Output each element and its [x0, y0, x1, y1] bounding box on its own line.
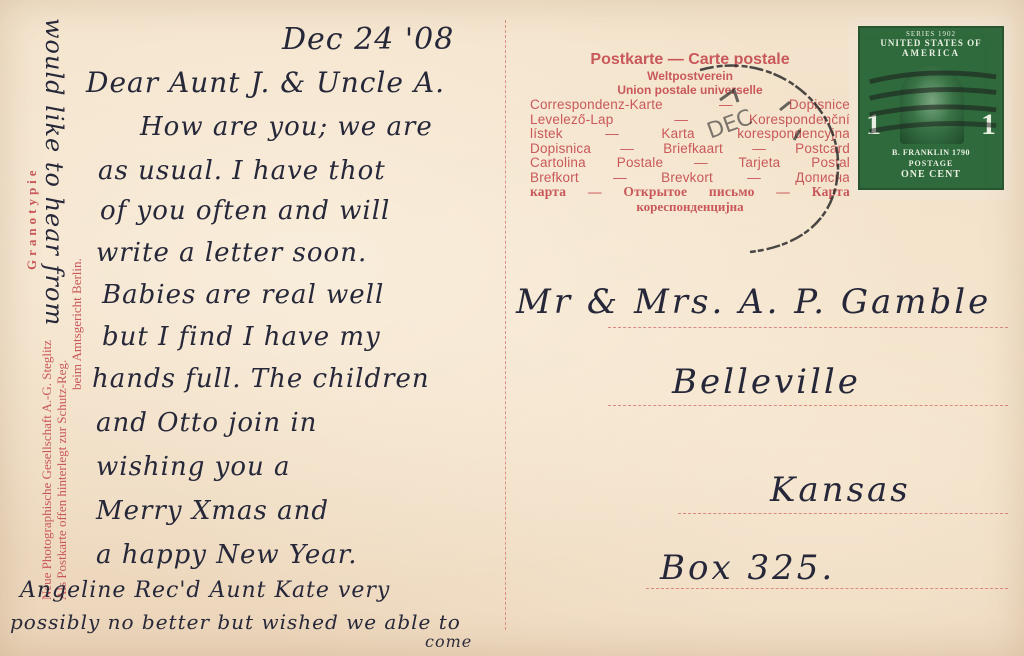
address-rule: [646, 588, 1008, 589]
postcard-header: Postkarte — Carte postale Weltpostverein…: [530, 52, 850, 213]
message-footer-line: possibly no better but wished we able to: [10, 610, 461, 634]
header-title: Postkarte — Carte postale: [530, 52, 850, 68]
header-line: Cartolina Postale — Tarjeta Postal: [530, 156, 850, 170]
center-divider-line: [505, 20, 506, 630]
message-line: of you often and will: [100, 196, 390, 226]
header-line: Brefkort — Brevkort — Дописна: [530, 171, 850, 185]
stamp-face: SERIES 1902 UNITED STATES OF AMERICA 1 1…: [858, 26, 1004, 190]
header-line: карта — Открытое письмо — Карта: [530, 185, 850, 199]
stamp-series: SERIES 1902: [860, 28, 1002, 38]
header-sub-1: Weltpostverein: [530, 70, 850, 82]
postage-stamp: SERIES 1902 UNITED STATES OF AMERICA 1 1…: [852, 20, 1010, 196]
publisher-line-3: beim Amtsgericht Berlin.: [69, 40, 84, 600]
stamp-denomination-left: 1: [866, 108, 881, 142]
message-line: Merry Xmas and: [96, 496, 329, 526]
header-line: Levelező-Lap — Korespondenční: [530, 113, 850, 127]
stamp-denomination-right: 1: [981, 108, 996, 142]
address-city: Belleville: [672, 362, 861, 402]
address-rule: [608, 405, 1008, 406]
header-line: Dopisnica — Briefkaart — Postcard: [530, 142, 850, 156]
header-line: Correspondenz-Karte — Dopisnice: [530, 98, 850, 112]
stamp-america: AMERICA: [860, 48, 1002, 58]
message-line: Babies are real well: [102, 280, 384, 310]
margin-note: would like to hear from: [40, 18, 68, 326]
header-line: lístek — Karta korespondencyjna: [530, 127, 850, 141]
message-line: as usual. I have thot: [98, 156, 386, 186]
message-line: but I find I have my: [102, 322, 381, 352]
stamp-name: B. FRANKLIN 1790: [860, 148, 1002, 157]
message-salutation: Dear Aunt J. & Uncle A.: [86, 66, 445, 99]
address-box: Box 325.: [660, 548, 835, 588]
message-line: hands full. The children: [92, 364, 430, 394]
message-line: How are you; we are: [140, 112, 433, 142]
address-state: Kansas: [770, 470, 911, 510]
message-line: wishing you a: [96, 452, 290, 482]
stamp-postage: POSTAGE: [860, 159, 1002, 168]
header-sub-2: Union postale universelle: [530, 84, 850, 96]
message-date: Dec 24 '08: [282, 22, 454, 57]
stamp-value: ONE CENT: [860, 169, 1002, 180]
address-name: Mr & Mrs. A. P. Gamble: [516, 282, 991, 322]
publisher-brand: Granotypie: [24, 40, 39, 600]
message-line: a happy New Year.: [96, 540, 358, 570]
message-footer-line: come: [425, 632, 472, 651]
message-line: write a letter soon.: [96, 238, 367, 268]
franklin-portrait-icon: [900, 66, 964, 144]
stamp-country: UNITED STATES OF: [860, 38, 1002, 48]
header-last-line: кореспонденцијна: [530, 200, 850, 213]
address-rule: [608, 327, 1008, 328]
address-rule: [678, 513, 1008, 514]
message-line: and Otto join in: [96, 408, 317, 438]
postcard-back: Granotypie Neue Photographische Gesellsc…: [0, 0, 1024, 656]
message-footer-line: Angeline Rec'd Aunt Kate very: [20, 578, 390, 603]
